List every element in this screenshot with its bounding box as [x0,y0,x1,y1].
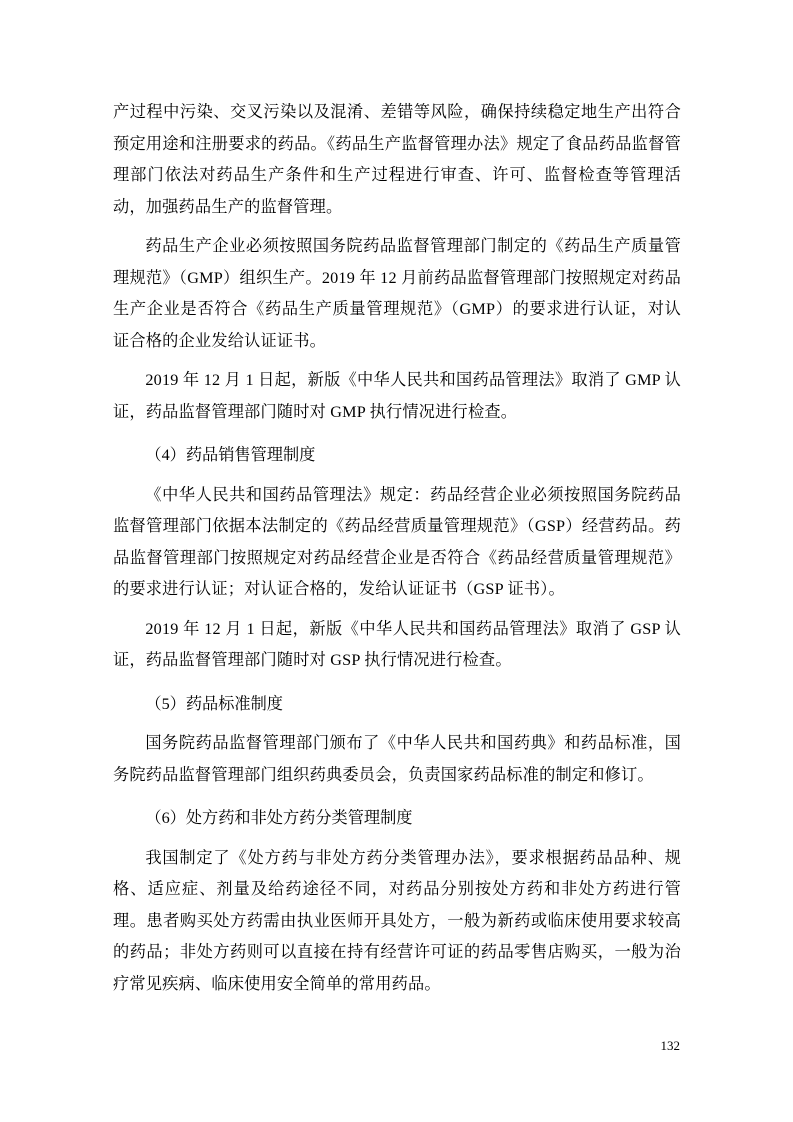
paragraph-pharmacopoeia-standards: 国务院药品监督管理部门颁布了《中华人民共和国药典》和药品标准，国务院药品监督管理… [113,728,681,791]
paragraph-gsp-cancellation: 2019 年 12 月 1 日起，新版《中华人民共和国药品管理法》取消了 GSP… [113,614,681,677]
section-heading-4-drug-sales-management: （4）药品销售管理制度 [113,440,681,472]
document-page: 产过程中污染、交叉污染以及混淆、差错等风险，确保持续稳定地生产出符合预定用途和注… [0,0,793,1122]
paragraph-gmp-certification: 药品生产企业必须按照国务院药品监督管理部门制定的《药品生产质量管理规范》（GMP… [113,231,681,357]
paragraph-gmp-cancellation: 2019 年 12 月 1 日起，新版《中华人民共和国药品管理法》取消了 GMP… [113,365,681,428]
paragraph-production-risk-continuation: 产过程中污染、交叉污染以及混淆、差错等风险，确保持续稳定地生产出符合预定用途和注… [113,97,681,223]
page-number: 132 [661,1038,681,1054]
section-heading-6-prescription-classification: （6）处方药和非处方药分类管理制度 [113,803,681,835]
paragraph-gsp-regulation: 《中华人民共和国药品管理法》规定：药品经营企业必须按照国务院药品监督管理部门依据… [113,480,681,606]
section-heading-5-drug-standard-system: （5）药品标准制度 [113,689,681,721]
paragraph-prescription-otc-management: 我国制定了《处方药与非处方药分类管理办法》，要求根据药品品种、规格、适应症、剂量… [113,843,681,1001]
page-content: 产过程中污染、交叉污染以及混淆、差错等风险，确保持续稳定地生产出符合预定用途和注… [113,97,681,1008]
